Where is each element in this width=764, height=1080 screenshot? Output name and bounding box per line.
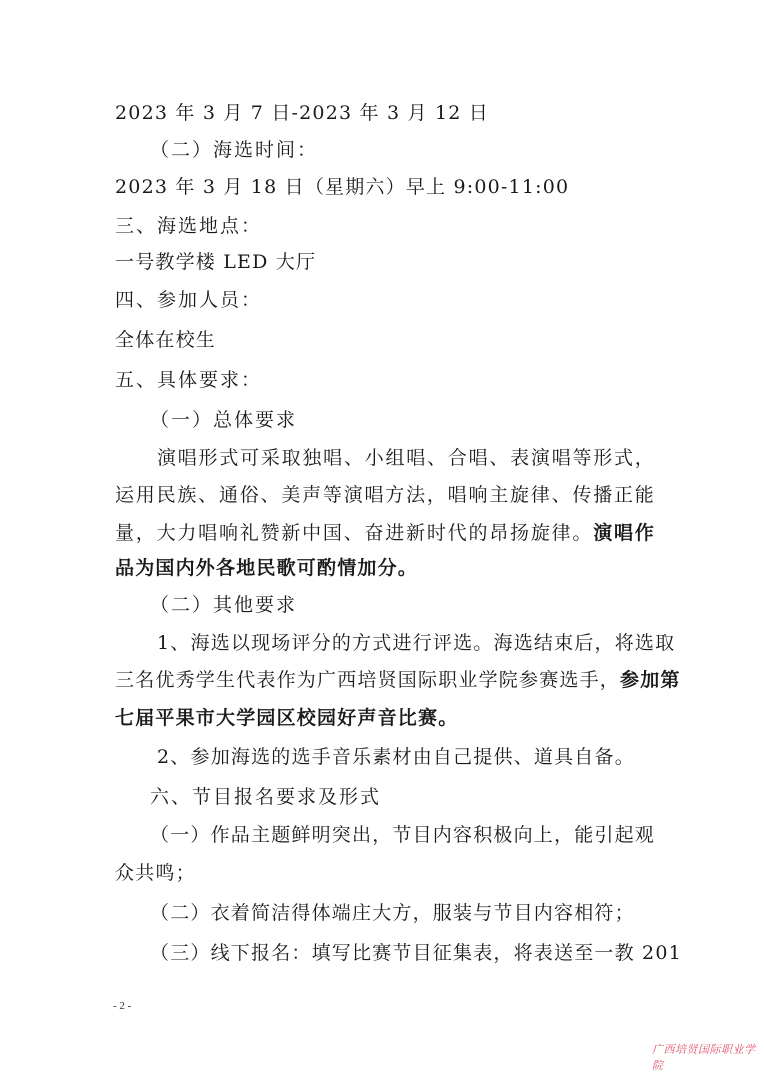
- audition-time-line: 2023 年 3 月 18 日（星期六）早上 9:00-11:00: [115, 168, 655, 206]
- paragraph-line-mixed: 三名优秀学生代表作为广西培贤国际职业学院参赛选手，参加第: [115, 661, 655, 699]
- bold-text: 演唱作: [593, 522, 655, 544]
- bold-text: 七届平果市大学园区校园好声音比赛。: [115, 707, 458, 729]
- heading-audition-location: 三、海选地点：: [115, 207, 655, 245]
- subheading-general-requirements: （一）总体要求: [150, 401, 648, 439]
- paragraph-line: （三）线下报名：填写比赛节目征集表，将表送至一教 201: [150, 934, 655, 972]
- audition-location-line: 一号教学楼 LED 大厅: [115, 243, 655, 281]
- paragraph-line: 众共鸣；: [115, 854, 655, 892]
- paragraph-line: 演唱形式可采取独唱、小组唱、合唱、表演唱等形式，: [157, 439, 655, 477]
- plain-text: 量，大力唱响礼赞新中国、奋进新时代的昂扬旋律。: [115, 522, 593, 544]
- paragraph-line-mixed: 量，大力唱响礼赞新中国、奋进新时代的昂扬旋律。演唱作: [115, 514, 655, 552]
- paragraph-line: （一）作品主题鲜明突出，节目内容积极向上，能引起观: [150, 816, 655, 854]
- heading-participants: 四、参加人员：: [115, 281, 655, 319]
- paragraph-line-bold: 七届平果市大学园区校园好声音比赛。: [115, 699, 655, 737]
- plain-text: 三名优秀学生代表作为广西培贤国际职业学院参赛选手，: [115, 669, 620, 691]
- subheading-other-requirements: （二）其他要求: [150, 586, 648, 624]
- paragraph-line-bold: 品为国内外各地民歌可酌情加分。: [115, 549, 655, 587]
- date-range-line: 2023 年 3 月 7 日-2023 年 3 月 12 日: [115, 94, 655, 132]
- paragraph-line: （二）衣着简洁得体端庄大方，服装与节目内容相符；: [150, 894, 648, 932]
- subheading-audition-time: （二）海选时间：: [150, 131, 648, 169]
- institution-watermark: 广西培贤国际职业学院: [652, 1041, 764, 1073]
- bold-text: 品为国内外各地民歌可酌情加分。: [115, 557, 418, 579]
- heading-program-registration: 六、节目报名要求及形式: [150, 778, 648, 816]
- paragraph-line: 运用民族、通俗、美声等演唱方法，唱响主旋律、传播正能: [115, 476, 655, 514]
- participants-line: 全体在校生: [115, 321, 655, 359]
- bold-text: 参加第: [620, 669, 681, 691]
- page-number: - 2 -: [113, 1000, 131, 1012]
- paragraph-line: 2、参加海选的选手音乐素材由自己提供、道具自备。: [157, 738, 655, 776]
- document-page: 2023 年 3 月 7 日-2023 年 3 月 12 日 （二）海选时间： …: [0, 0, 764, 1080]
- paragraph-line: 1、海选以现场评分的方式进行评选。海选结束后，将选取: [157, 624, 655, 662]
- heading-specific-requirements: 五、具体要求：: [115, 361, 655, 399]
